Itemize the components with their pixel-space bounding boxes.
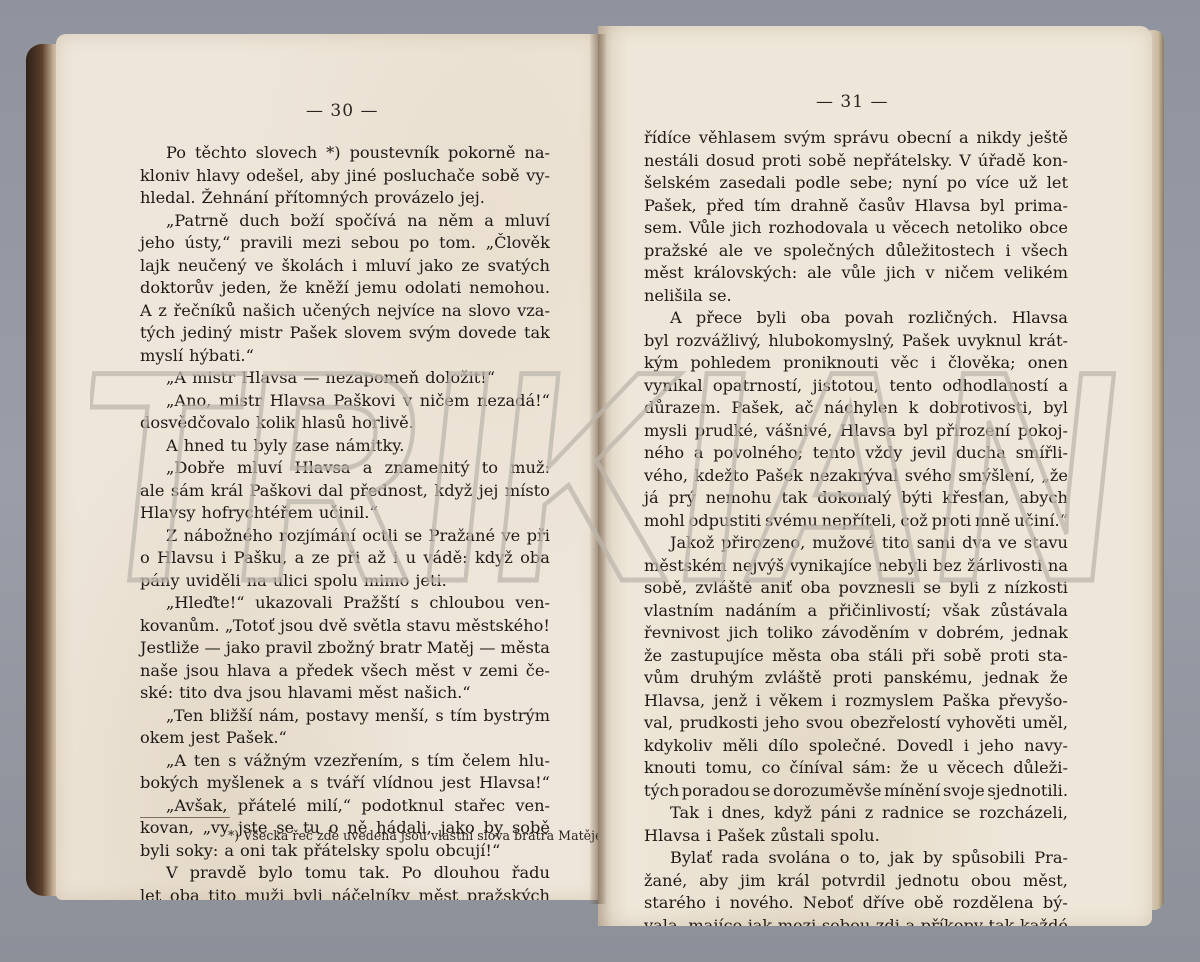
text-line: „Patrněduchbožíspočívánaněmamluví	[140, 210, 550, 233]
text-line: sobě,zvláštěaniťobapovzneslisebyliznízko…	[644, 577, 1068, 600]
text-line: týchjedinýmistrPašekslovemsvýmdovedetak	[140, 322, 550, 345]
text-line: Ahnedtubylyzasenámitky.	[140, 435, 550, 458]
text-line: hledal.Žehnánípřítomnýchprovázelojej.	[140, 187, 550, 210]
page-number-left: — 30 —	[306, 101, 378, 121]
text-line: Takidnes,kdyžpánizradniceserozcházeli,	[644, 802, 1068, 825]
text-line: „AmistrHlavsa—nezapomeňdoložit!“	[140, 367, 550, 390]
text-line: Azřečníkůnašichučenýchnejvícenaslovovza-	[140, 300, 550, 323]
text-line: bokýchmyšlenekastvářívlídnoujestHlavsa!“	[140, 772, 550, 795]
text-line: „DobřemluvíHlavsaaznamenitýtomuž:	[140, 457, 550, 480]
text-line: mysliprudké,vášnivé,Hlavsabylpřirozenípo…	[644, 420, 1068, 443]
text-line: dosvědčovalokolikhlasůhorlivě.	[140, 412, 550, 435]
text-line: řídícevěhlasemsvýmsprávuobecníanikdyješt…	[644, 127, 1068, 150]
text-line: řevnivostjichtolikozávoděnímvdobrém,jedn…	[644, 622, 1068, 645]
text-line: městkrálovských:alevůlejichvničemvelikém	[644, 262, 1068, 285]
text-line: ZnábožnéhorozjímáníoctlisePražanévepři	[140, 525, 550, 548]
text-line: HlavsaiPašekzůstalispolu.	[644, 825, 1068, 848]
text-line: sem.Vůlejichrozhodovalauvěcechnetolikoob…	[644, 217, 1068, 240]
text-line: žané,abyjimkrálpotvrdiljednotuobouměst,	[644, 870, 1068, 893]
text-line: nestálidosudprotisoběnepřátelsky.Vúřaděk…	[644, 150, 1068, 173]
text-line: ské:titodvajsouhlavamiměstnašich.“	[140, 682, 550, 705]
text-line: bylrozvážlivý,hlubokomyslný,Pašekuvyknul…	[644, 330, 1068, 353]
open-book: — 30 — Potěchtoslovech*)poustevníkpokorn…	[0, 0, 1200, 962]
text-line: nelišilase.	[644, 285, 1068, 308]
text-line: pražskéalevespolečnýchdůležitostechivšec…	[644, 240, 1068, 263]
text-line: „Avšak,přátelémilí,“podotknulstařecven-	[140, 795, 550, 818]
text-line: lajkneučenýveškoláchimluvíjakozesvatých	[140, 255, 550, 278]
text-line: kdykolivmělidílospolečné.Dovedlijehonavy…	[644, 735, 1068, 758]
text-line: jáprýnemohutakdokonalýbýtikřesťan,abych	[644, 487, 1068, 510]
text-line: vala,majícejakmezisebouzdiapříkopytakkaž…	[644, 915, 1068, 927]
text-line: Jestliže—jakopravilzbožnýbratrMatěj—měst…	[140, 637, 550, 660]
right-page-body-text: řídícevěhlasemsvýmsprávuobecníanikdyješt…	[644, 127, 1068, 926]
text-line: knoutitomu,cočínívalsám:žeuvěcechdůleži-	[644, 757, 1068, 780]
text-line: jehoústy,“pravilimeziseboupotom.„Člověk	[140, 232, 550, 255]
text-line: vůmdruhýmzvláštěprotipanskému,jednakže	[644, 667, 1068, 690]
text-line: vého,kdežtoPašeknezakrývalsvéhosmýšlení,…	[644, 465, 1068, 488]
text-line: kýmpohledemproniknoutivěcičlověka;onen	[644, 352, 1068, 375]
text-line: myslíhýbati.“	[140, 345, 550, 368]
text-line: Apřecebyliobapovahrozličných.Hlavsa	[644, 307, 1068, 330]
text-line: žezastupujíceměstaobastálipřisoběprotist…	[644, 645, 1068, 668]
text-line: Hlavsyhofrychtéřemučinil.“	[140, 502, 550, 525]
text-line: našejsouhlavaapředekvšechměstvzemiče-	[140, 660, 550, 683]
text-line: „Ano,mistrHlavsaPaškovivničemnezadá!“	[140, 390, 550, 413]
text-line: městskémnejvýšvynikajícenebylibezžárlivo…	[644, 555, 1068, 578]
text-line: Potěchtoslovech*)poustevníkpokorněna-	[140, 142, 550, 165]
text-line: mohlodpustitisvémunepříteli,cožprotimněu…	[644, 510, 1068, 533]
text-line: pányuvidělinaulicispolumimojeti.	[140, 570, 550, 593]
text-line: letobatitomužibylináčelníkyměstpražských	[140, 885, 550, 901]
text-line: týchporadousedorozuměvšemíněnísvojesjedn…	[644, 780, 1068, 803]
text-line: Pašek,předtímdrahněčasůvHlavsabylprima-	[644, 195, 1068, 218]
footnote: *) Všecka řeč zde uvedená jsou vlastní s…	[228, 828, 598, 843]
text-line: vlastnímnadánímapřičinlivostí;všakzůstáv…	[644, 600, 1068, 623]
text-line: néhoapovolného;tentovždyjevilduchasmířli…	[644, 442, 1068, 465]
book-cover-edge-right	[1150, 30, 1164, 910]
text-line: kovanům.„Totoťjsoudvěsvětlastavuměstskéh…	[140, 615, 550, 638]
text-line: okemjestPašek.“	[140, 727, 550, 750]
right-page: — 31 — řídícevěhlasemsvýmsprávuobecníani…	[598, 26, 1152, 926]
text-line: Bylaťradasvolánaoto,jakbyspůsobiliPra-	[644, 847, 1068, 870]
text-line: Jakožpřirozeno,mužovétitosamidvavestavu	[644, 532, 1068, 555]
text-line: šelskémzasedalipodlesebe;nynípovíceužlet	[644, 172, 1068, 195]
footnote-separator	[140, 817, 230, 818]
text-line: val,prudkostijehosvouobezřelostívyhověti…	[644, 712, 1068, 735]
text-line: vynikalopatrností,jistotou,tentoodhodlan…	[644, 375, 1068, 398]
book-gutter	[590, 34, 606, 904]
left-page: — 30 — Potěchtoslovech*)poustevníkpokorn…	[56, 34, 598, 900]
text-line: „Tenbližšínám,postavymenší,stímbystrým	[140, 705, 550, 728]
text-line: „Atensvážnýmvzezřením,stímčelemhlu-	[140, 750, 550, 773]
text-line: staréhoinového.Neboťdříveoběrozdělenabý-	[644, 892, 1068, 915]
text-line: „Hleďte!“ukazovaliPražštíschloubouven-	[140, 592, 550, 615]
text-line: Vpravděbylotomutak.Podlouhouřadu	[140, 862, 550, 885]
text-line: klonivhlavyodešel,abyjinéposluchačesoběv…	[140, 165, 550, 188]
page-number-right: — 31 —	[816, 92, 888, 112]
text-line: Hlavsa,jenživěkemirozmyslemPaškapřevyšo-	[644, 690, 1068, 713]
text-line: doktorůvjeden,žekněžíjemuodolatinemohou.	[140, 277, 550, 300]
text-line: oHlavsuiPašku,azepřiažiuvádě:kdyžoba	[140, 547, 550, 570]
text-line: alesámkrálPaškovidalpřednost,kdyžjejmíst…	[140, 480, 550, 503]
text-line: důrazem.Pašek,ačnáchylenkdobrotivosti,by…	[644, 397, 1068, 420]
left-page-body-text: Potěchtoslovech*)poustevníkpokorněna-klo…	[140, 142, 550, 900]
